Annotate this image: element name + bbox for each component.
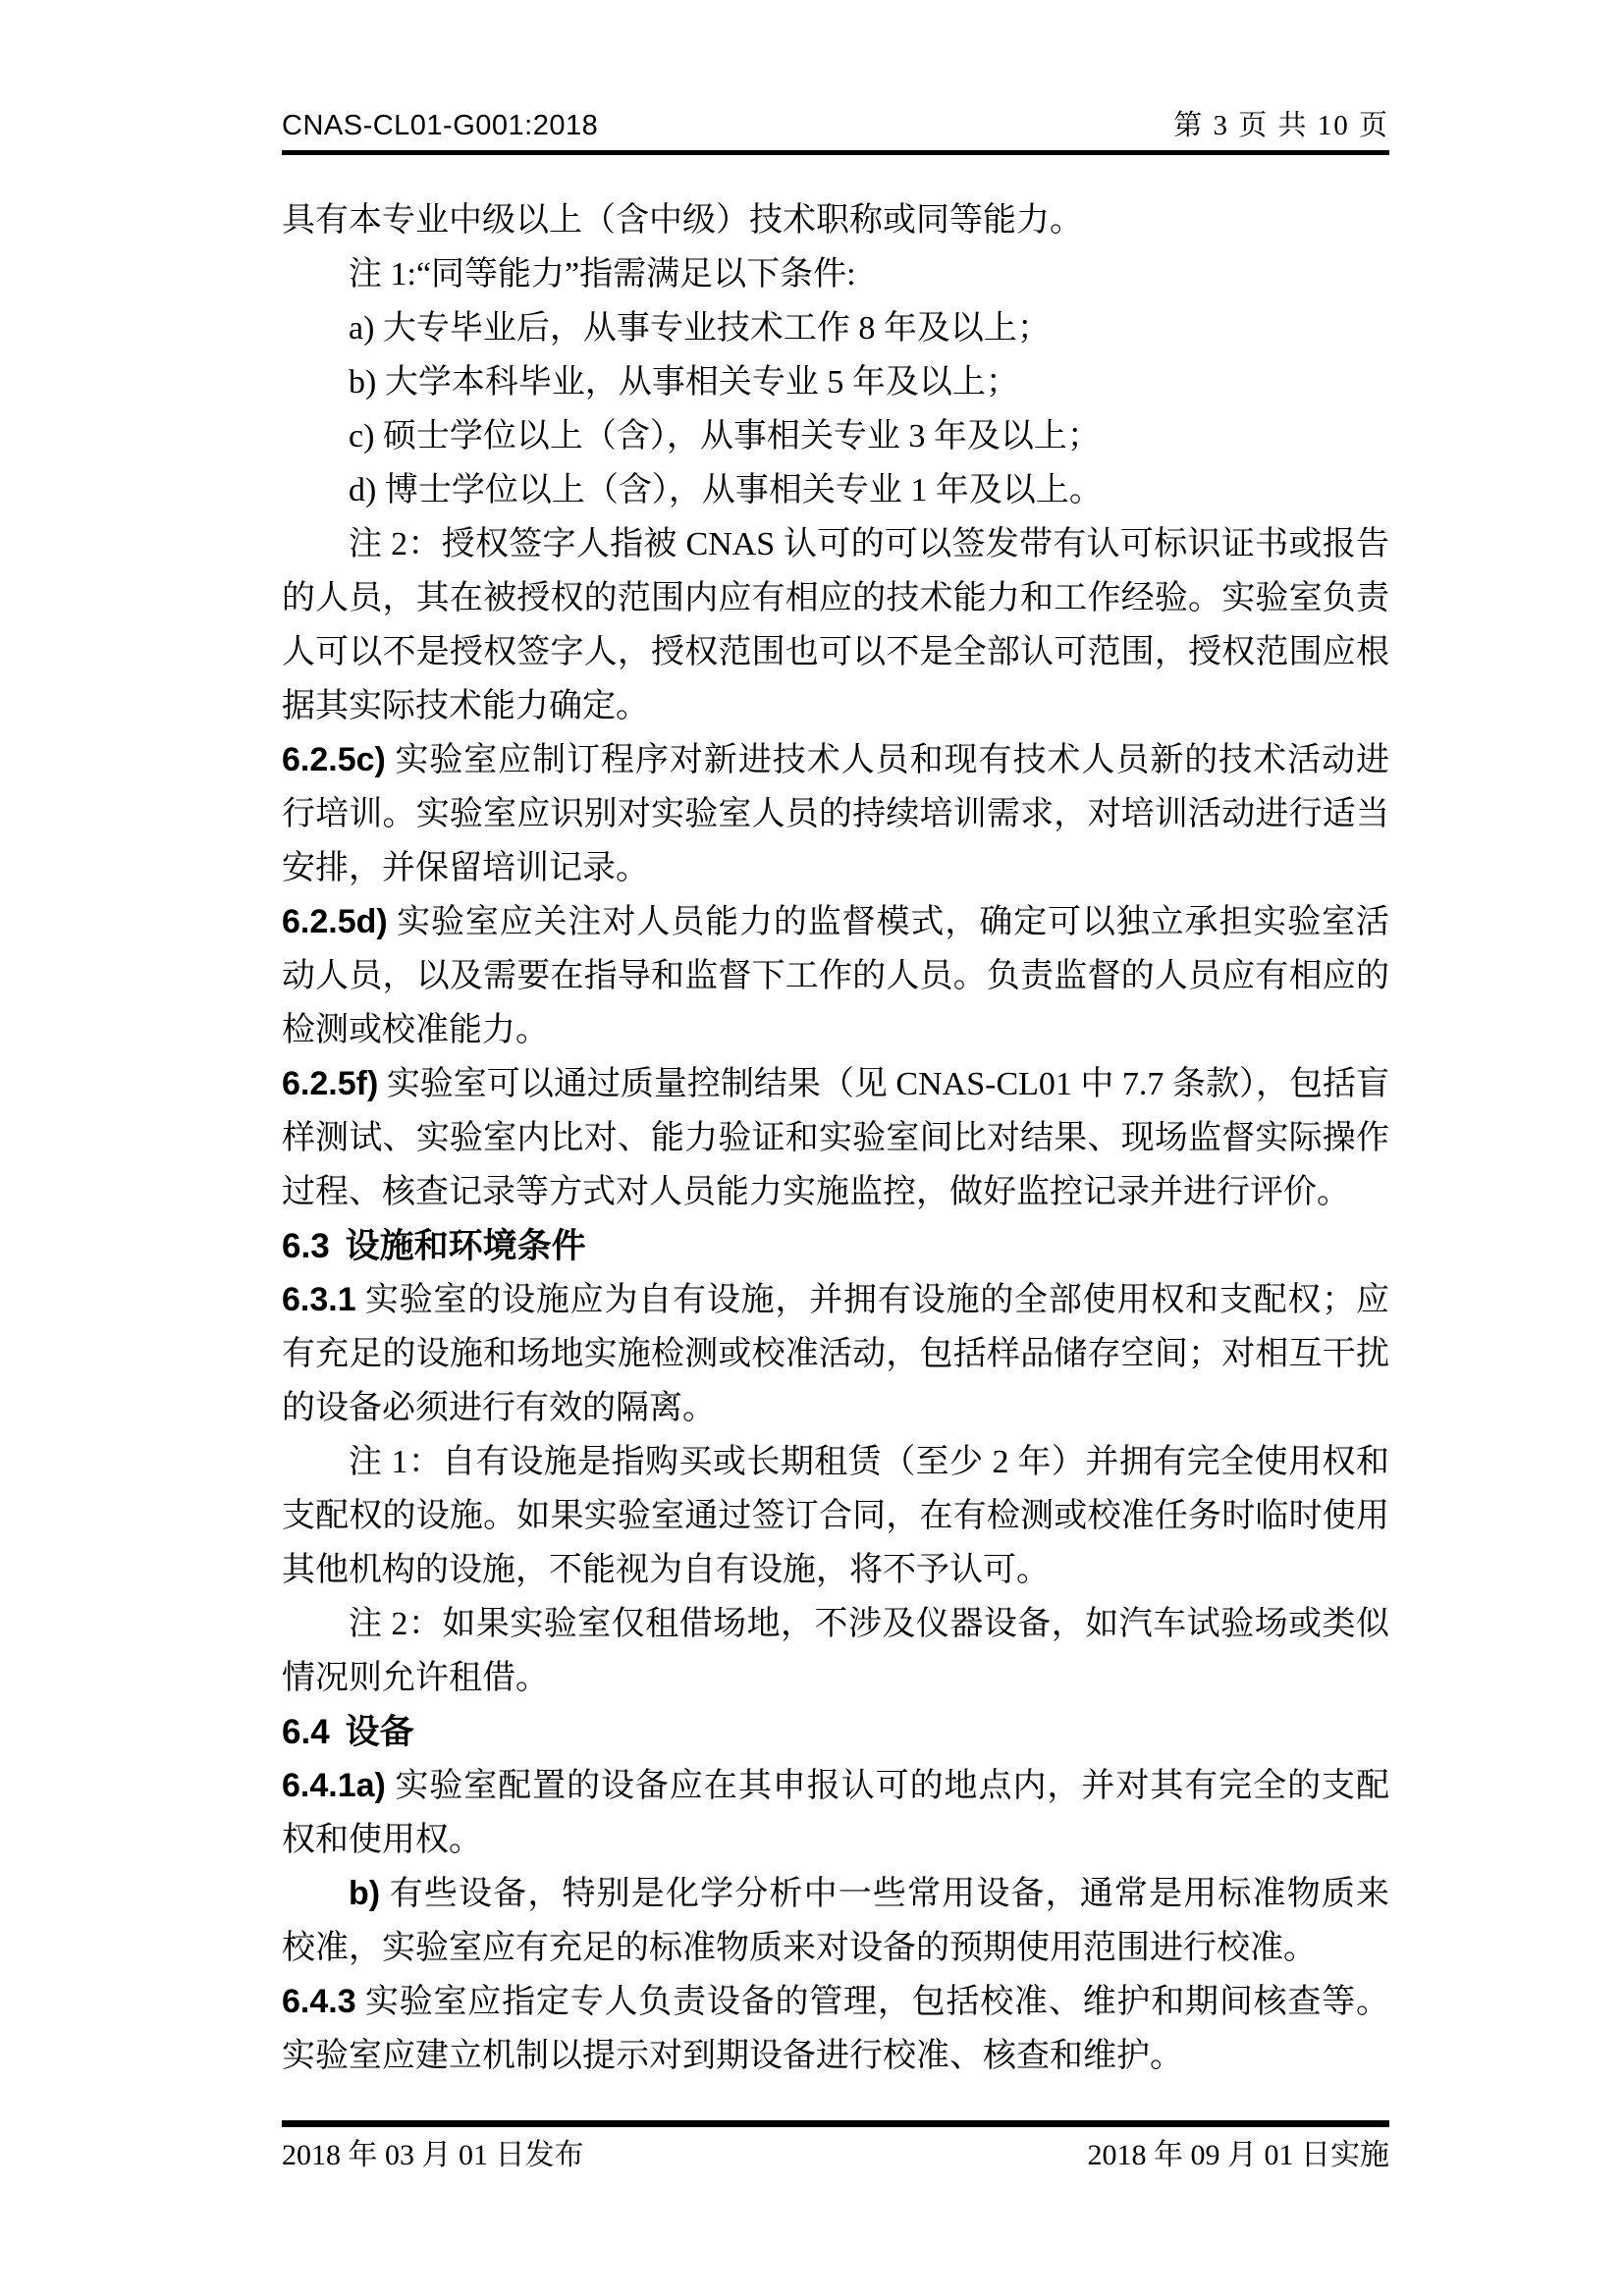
page-footer: 2018 年 03 月 01 日发布 2018 年 09 月 01 日实施 [282, 2120, 1389, 2172]
paragraph-text: 注 1：自有设施是指购买或长期租赁（至少 2 年）并拥有完全使用权和支配权的设施… [282, 1444, 1389, 1588]
paragraph-text: 注 2：如果实验室仅租借场地，不涉及仪器设备，如汽车试验场或类似情况则允许租借。 [282, 1606, 1389, 1696]
clause-paragraph: 6.2.5d) 实验室应关注对人员能力的监督模式，确定可以独立承担实验室活动人员… [282, 895, 1389, 1057]
section-heading: 6.4设备 [282, 1705, 1389, 1759]
clause-label: 6.4 [282, 1713, 330, 1751]
clause-label: 6.4.3 [282, 1983, 356, 2020]
clause-label: 6.3.1 [282, 1281, 356, 1318]
paragraph-text: a) 大专毕业后，从事专业技术工作 8 年及以上； [349, 310, 1051, 347]
implementation-date: 2018 年 09 月 01 日实施 [1088, 2139, 1390, 2172]
paragraph-text: 设备 [346, 1713, 414, 1751]
paragraph-text: 注 1:“同等能力”指需满足以下条件: [349, 256, 856, 293]
clause-paragraph: b) 有些设备，特别是化学分析中一些常用设备，通常是用标准物质来校准，实验室应有… [282, 1867, 1389, 1975]
document-code: CNAS-CL01-G001:2018 [282, 110, 598, 142]
paragraph-text: 注 2：授权签字人指被 CNAS 认可的可以签发带有认可标识证书或报告的人员，其… [282, 526, 1389, 724]
clause-paragraph: 6.2.5c) 实验室应制订程序对新进技术人员和现有技术人员新的技术活动进行培训… [282, 733, 1389, 895]
document-body: 具有本专业中级以上（含中级）技术职称或同等能力。注 1:“同等能力”指需满足以下… [282, 193, 1389, 2083]
clause-paragraph: 6.4.1a) 实验室配置的设备应在其申报认可的地点内，并对其有完全的支配权和使… [282, 1759, 1389, 1867]
clause-label: 6.2.5c) [282, 741, 386, 778]
paragraph-text: c) 硕士学位以上（含），从事相关专业 3 年及以上； [349, 418, 1101, 454]
section-heading: 6.3设施和环境条件 [282, 1219, 1389, 1273]
clause-label: 6.2.5d) [282, 903, 388, 940]
body-paragraph: 具有本专业中级以上（含中级）技术职称或同等能力。 [282, 193, 1389, 247]
note-paragraph: 注 2：如果实验室仅租借场地，不涉及仪器设备，如汽车试验场或类似情况则允许租借。 [282, 1597, 1389, 1705]
page-number: 第 3 页 共 10 页 [1173, 110, 1389, 142]
paragraph-text: 设施和环境条件 [346, 1227, 586, 1265]
list-item: a) 大专毕业后，从事专业技术工作 8 年及以上； [282, 301, 1389, 355]
clause-label: 6.4.1a) [282, 1767, 386, 1804]
list-item: c) 硕士学位以上（含），从事相关专业 3 年及以上； [282, 409, 1389, 463]
paragraph-text: 实验室可以通过质量控制结果（见 CNAS-CL01 中 7.7 条款），包括盲样… [282, 1066, 1389, 1210]
paragraph-text: 有些设备，特别是化学分析中一些常用设备，通常是用标准物质来校准，实验室应有充足的… [282, 1876, 1389, 1966]
clause-paragraph: 6.3.1 实验室的设施应为自有设施，并拥有设施的全部使用权和支配权；应有充足的… [282, 1273, 1389, 1435]
page-header: CNAS-CL01-G001:2018 第 3 页 共 10 页 [282, 110, 1389, 155]
note-paragraph: 注 1：自有设施是指购买或长期租赁（至少 2 年）并拥有完全使用权和支配权的设施… [282, 1435, 1389, 1597]
paragraph-text: 实验室应关注对人员能力的监督模式，确定可以独立承担实验室活动人员，以及需要在指导… [282, 904, 1389, 1048]
clause-label: 6.3 [282, 1227, 330, 1265]
note-paragraph: 注 2：授权签字人指被 CNAS 认可的可以签发带有认可标识证书或报告的人员，其… [282, 517, 1389, 733]
paragraph-text: 实验室配置的设备应在其申报认可的地点内，并对其有完全的支配权和使用权。 [282, 1768, 1389, 1858]
paragraph-text: 实验室应指定专人负责设备的管理，包括校准、维护和期间核查等。实验室应建立机制以提… [282, 1984, 1389, 2074]
issue-date: 2018 年 03 月 01 日发布 [282, 2139, 584, 2172]
paragraph-text: 实验室应制订程序对新进技术人员和现有技术人员新的技术活动进行培训。实验室应识别对… [282, 742, 1389, 886]
document-page: CNAS-CL01-G001:2018 第 3 页 共 10 页 具有本专业中级… [0, 0, 1624, 2296]
clause-paragraph: 6.2.5f) 实验室可以通过质量控制结果（见 CNAS-CL01 中 7.7 … [282, 1057, 1389, 1219]
note-paragraph: 注 1:“同等能力”指需满足以下条件: [282, 247, 1389, 301]
paragraph-text: b) 大学本科毕业，从事相关专业 5 年及以上； [349, 364, 1019, 400]
list-item: b) 大学本科毕业，从事相关专业 5 年及以上； [282, 355, 1389, 409]
paragraph-text: d) 博士学位以上（含），从事相关专业 1 年及以上。 [349, 472, 1103, 508]
paragraph-text: 具有本专业中级以上（含中级）技术职称或同等能力。 [282, 202, 1083, 239]
paragraph-text: 实验室的设施应为自有设施，并拥有设施的全部使用权和支配权；应有充足的设施和场地实… [282, 1282, 1389, 1426]
clause-label: 6.2.5f) [282, 1065, 378, 1102]
list-item: d) 博士学位以上（含），从事相关专业 1 年及以上。 [282, 463, 1389, 517]
clause-label: b) [349, 1875, 380, 1912]
clause-paragraph: 6.4.3 实验室应指定专人负责设备的管理，包括校准、维护和期间核查等。实验室应… [282, 1975, 1389, 2083]
